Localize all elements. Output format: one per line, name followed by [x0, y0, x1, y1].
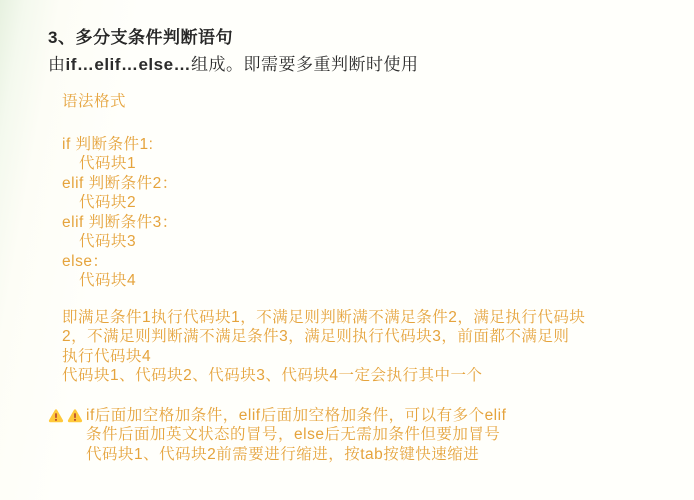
subtitle-prefix: 由 [48, 55, 66, 74]
explanation-line: 2，不满足则判断满不满足条件3，满足则执行代码块3，前面都不满足则 [62, 327, 663, 347]
warning-line: 条件后面加英文状态的冒号，else后无需加条件但要加冒号 [48, 425, 663, 445]
code-line-else: else： [62, 252, 663, 272]
code-line-if: if 判断条件1: [62, 135, 663, 155]
warning-icons [48, 406, 83, 424]
notes-document: 3、多分支条件判断语句 由if…elif…else…组成。即需要多重判断时使用 … [48, 26, 663, 464]
explanation-paragraph: 即满足条件1执行代码块1，不满足则判断满不满足条件2，满足执行代码块 2，不满足… [62, 308, 663, 386]
code-line-block1: 代码块1 [62, 154, 663, 174]
subtitle-keywords: if…elif…else… [66, 55, 192, 74]
syntax-code-block: if 判断条件1: 代码块1 elif 判断条件2： 代码块2 elif 判断条… [62, 135, 663, 291]
code-line-elif3: elif 判断条件3： [62, 213, 663, 233]
warning-triangle-icon [48, 408, 64, 424]
lesson-body: 语法格式 if 判断条件1: 代码块1 elif 判断条件2： 代码块2 eli… [62, 92, 663, 464]
code-line-elif2: elif 判断条件2： [62, 174, 663, 194]
code-line-block3: 代码块3 [62, 232, 663, 252]
warning-first-line: if后面加空格加条件，elif后面加空格加条件，可以有多个elif [48, 406, 663, 426]
warning-line: 代码块1、代码块2前需要进行缩进，按tab按键快速缩进 [48, 445, 663, 465]
section-heading-syntax: 语法格式 [62, 92, 663, 112]
code-line-block4: 代码块4 [62, 271, 663, 291]
warning-triangle-icon [67, 408, 83, 424]
subtitle-suffix: 组成。即需要多重判断时使用 [191, 55, 419, 74]
explanation-line: 代码块1、代码块2、代码块3、代码块4一定会执行其中一个 [62, 366, 663, 386]
warning-note: if后面加空格加条件，elif后面加空格加条件，可以有多个elif 条件后面加英… [48, 406, 663, 465]
page-subtitle: 由if…elif…else…组成。即需要多重判断时使用 [48, 53, 663, 77]
code-line-block2: 代码块2 [62, 193, 663, 213]
warning-line: if后面加空格加条件，elif后面加空格加条件，可以有多个elif [86, 406, 506, 426]
explanation-line: 执行代码块4 [62, 347, 663, 367]
page-title: 3、多分支条件判断语句 [48, 26, 663, 50]
explanation-line: 即满足条件1执行代码块1，不满足则判断满不满足条件2，满足执行代码块 [62, 308, 663, 328]
